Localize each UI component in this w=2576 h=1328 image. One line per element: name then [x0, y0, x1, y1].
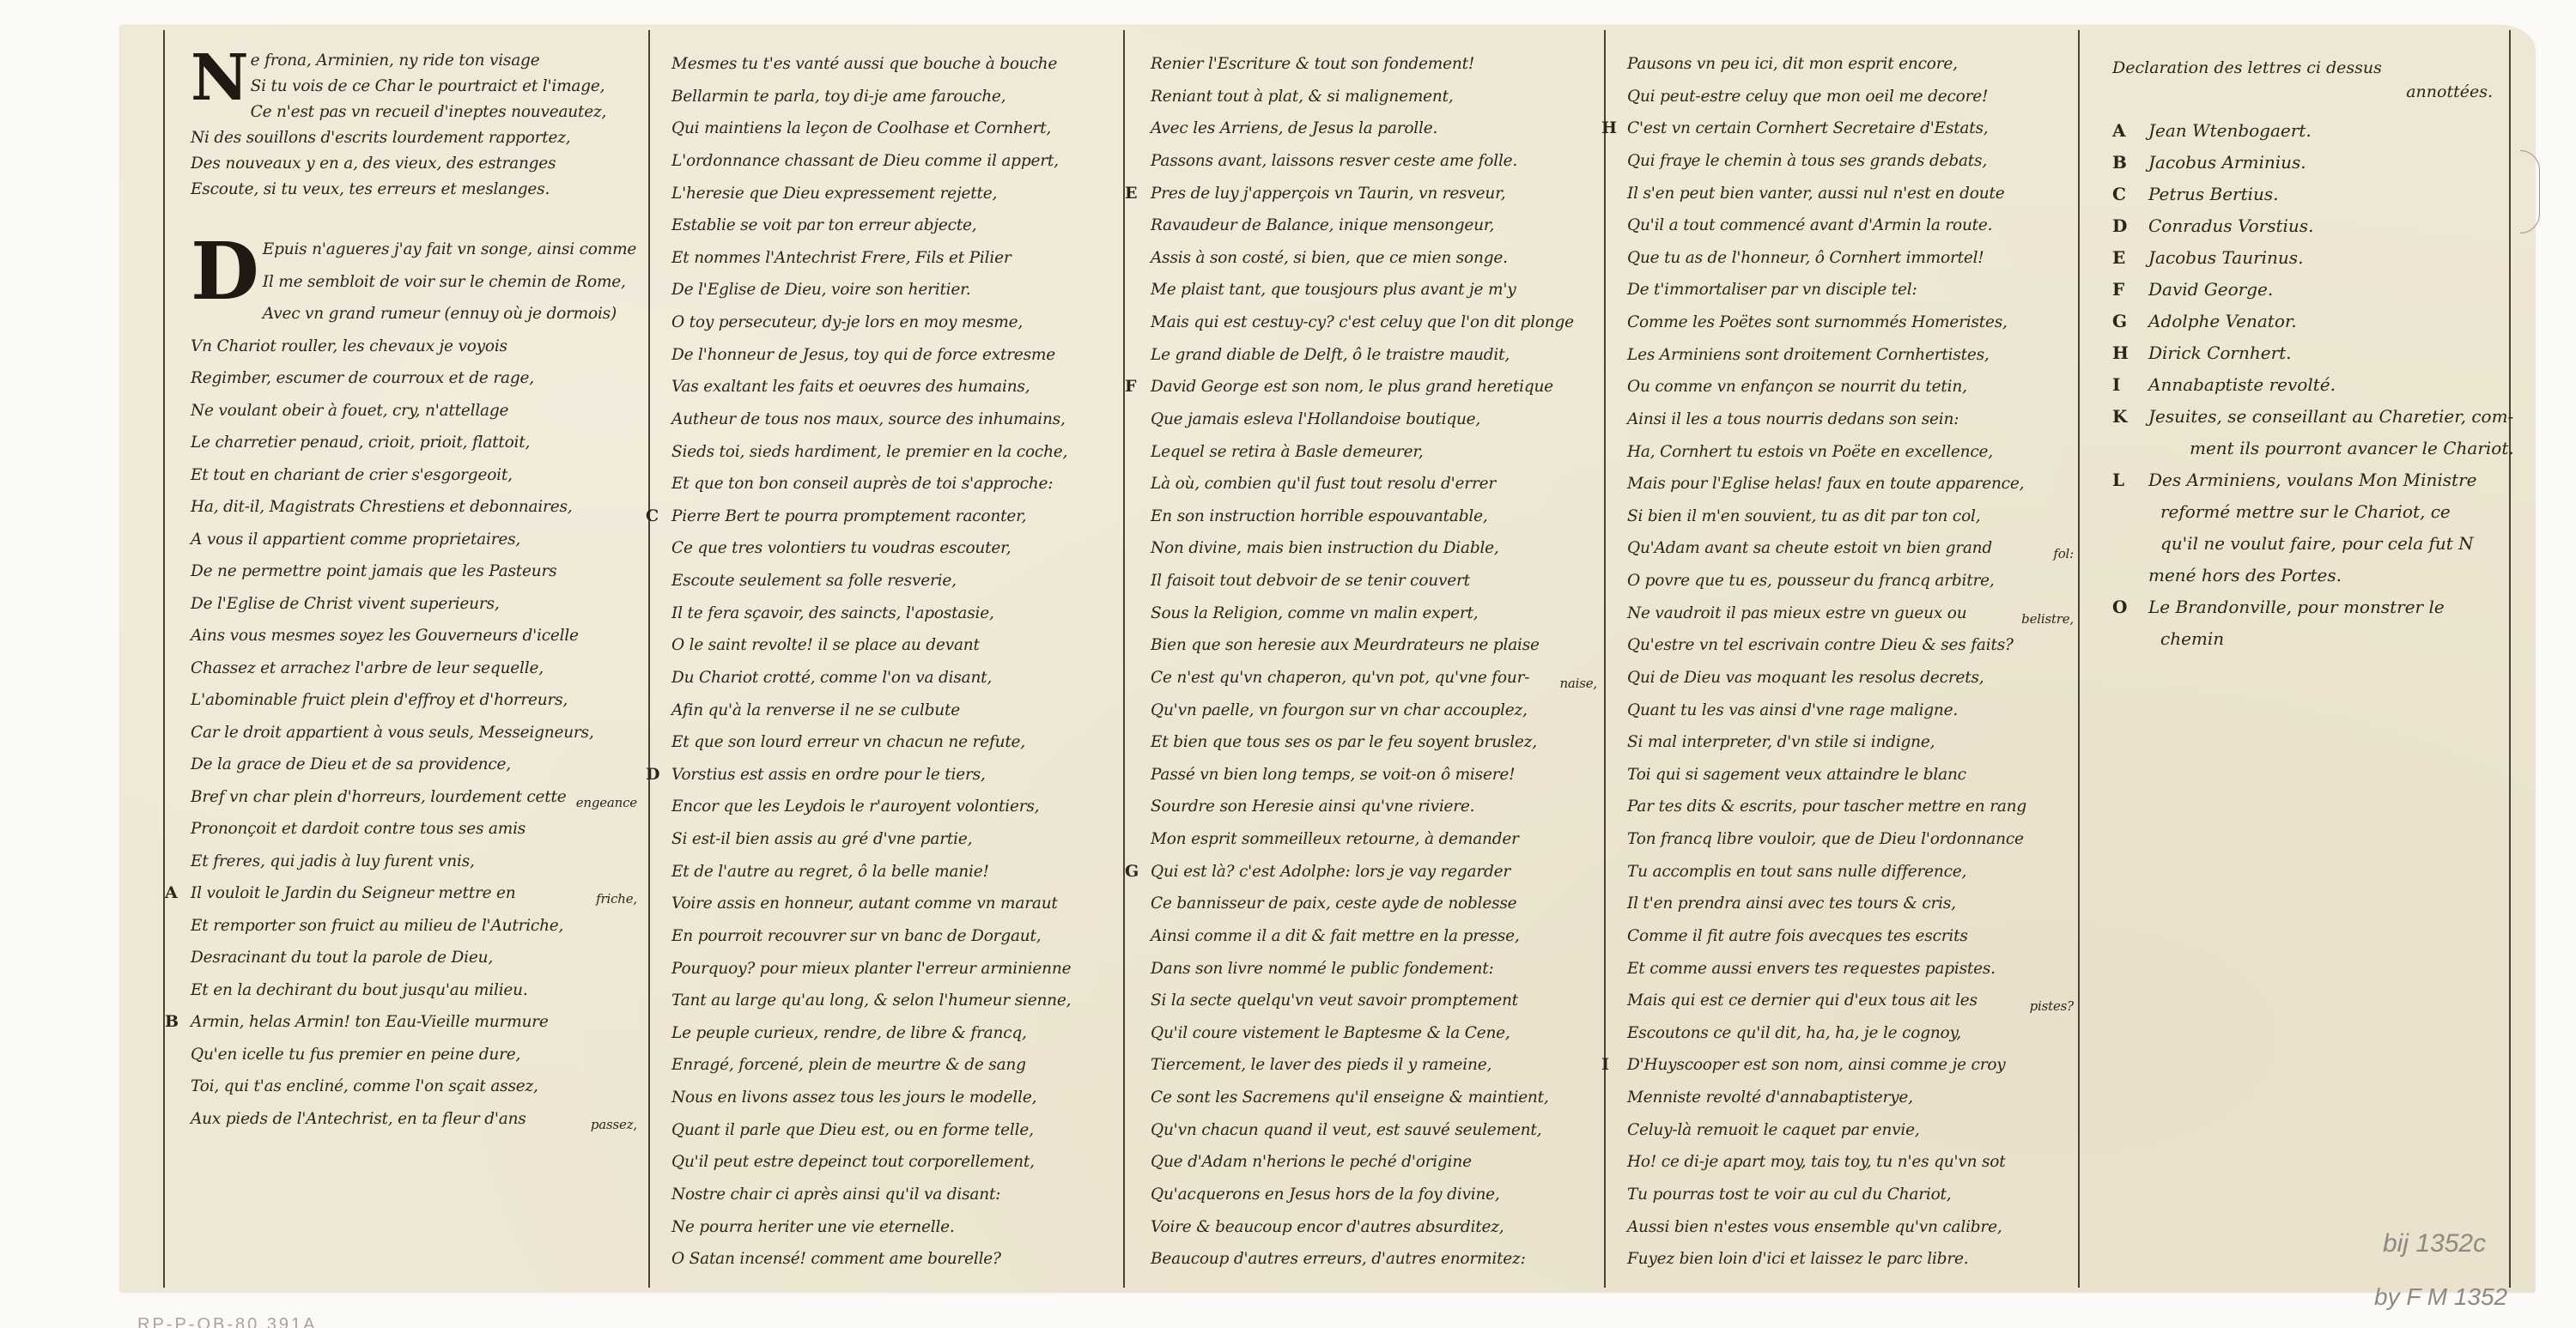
verse-text: Renier l'Escriture & tout son fondement! — [1151, 55, 1474, 73]
legend-entry-continuation: reformé mettre sur le Chariot, ce — [2112, 496, 2503, 528]
verse-line: Les Arminiens sont droitement Cornhertis… — [1627, 339, 2074, 372]
verse-text: Si mal interpreter, d'vn stile si indign… — [1627, 733, 1935, 751]
legend-entry: LDes Arminiens, voulans Mon Ministre — [2112, 464, 2503, 496]
legend-entries: AJean Wtenbogaert.BJacobus Arminius.CPet… — [2112, 115, 2503, 655]
verse-text: Qu'en icelle tu fus premier en peine dur… — [191, 1046, 520, 1064]
verse-line: Pausons vn peu ici, dit mon esprit encor… — [1627, 48, 2074, 81]
verse-line: Establie se voit par ton erreur abjecte, — [671, 209, 1118, 242]
verse-text: Menniste revolté d'annabaptisterye, — [1627, 1088, 1913, 1107]
verse-text: L'heresie que Dieu expressement rejette, — [671, 185, 997, 203]
verse-line: Passé vn bien long temps, se voit-on ô m… — [1151, 759, 1597, 791]
verse-text: Vn Chariot rouller, les chevaux je voyoi… — [191, 337, 507, 355]
legend-entry-name: David George. — [2148, 279, 2273, 300]
verse-text: Quant il parle que Dieu est, ou en forme… — [671, 1121, 1034, 1139]
verse-line: Le grand diable de Delft, ô le traistre … — [1151, 339, 1597, 372]
pencil-note-on-sheet: bij 1352c — [2383, 1229, 2486, 1258]
verse-line: Qu'estre vn tel escrivain contre Dieu & … — [1627, 629, 2074, 662]
verse-line: O povre que tu es, pousseur du francq ar… — [1627, 565, 2074, 597]
verse-text: Pres de luy j'apperçois vn Taurin, vn re… — [1151, 185, 1505, 203]
verse-text: Toi, qui t'as encliné, comme l'on sçait … — [191, 1077, 538, 1095]
verse-line: Il s'en peut bien vanter, aussi nul n'es… — [1627, 178, 2074, 210]
verse-text: Qu'il coure vistement le Baptesme & la C… — [1151, 1024, 1510, 1042]
verse-line: Assis à son costé, si bien, que ce mien … — [1151, 242, 1597, 275]
verse-line: e frona, Arminien, ny ride ton visage — [191, 48, 637, 74]
runover-word: belistre, — [2021, 613, 2074, 626]
verse-text: Qu'Adam avant sa cheute estoit vn bien g… — [1627, 539, 1992, 557]
verse-text: Quant tu les vas ainsi d'vne rage malign… — [1627, 701, 1958, 719]
verse-line: Ne pourra heriter une vie eternelle. — [671, 1211, 1118, 1244]
verse-text: Tu pourras tost te voir au cul du Chario… — [1627, 1185, 1951, 1204]
verse-text: Qu'acquerons en Jesus hors de la foy div… — [1151, 1185, 1500, 1204]
verse-text: Avec vn grand rumeur (ennuy où je dormoi… — [263, 305, 617, 323]
verse-line: Lequel se retira à Basle demeurer, — [1151, 436, 1597, 469]
verse-line: Non divine, mais bien instruction du Dia… — [1151, 532, 1597, 565]
verse-text: e frona, Arminien, ny ride ton visage — [251, 52, 540, 70]
verse-column-2: Mesmes tu t'es vanté aussi que bouche à … — [671, 48, 1118, 1276]
verse-line: Ne vaudroit il pas mieux estre vn gueux … — [1627, 597, 2074, 630]
verse-line: De l'Eglise de Dieu, voire son heritier. — [671, 274, 1118, 306]
verse-text: Chassez et arrachez l'arbre de leur sequ… — [191, 659, 544, 677]
legend-entry-name: Adolphe Venator. — [2148, 311, 2297, 331]
verse-line: Qu'en icelle tu fus premier en peine dur… — [191, 1039, 637, 1071]
verse-line: Et freres, qui jadis à luy furent vnis, — [191, 846, 637, 878]
verse-line: Mais qui est ce dernier qui d'eux tous a… — [1627, 985, 2074, 1017]
verse-line: HC'est vn certain Cornhert Secretaire d'… — [1627, 112, 2074, 145]
verse-text: Et freres, qui jadis à luy furent vnis, — [191, 852, 475, 870]
verse-text: Mais qui est cestuy-cy? c'est celuy que … — [1151, 313, 1574, 331]
verse-line: Vas exaltant les faits et oeuvres des hu… — [671, 371, 1118, 403]
verse-text: Ce que tres volontiers tu voudras escout… — [671, 539, 1011, 557]
verse-text: Pourquoy? pour mieux planter l'erreur ar… — [671, 960, 1071, 978]
verse-text: Prononçoit et dardoit contre tous ses am… — [191, 820, 526, 838]
verse-line: Qui fraye le chemin à tous ses grands de… — [1627, 145, 2074, 178]
verse-line: Ha, dit-il, Magistrats Chrestiens et deb… — [191, 491, 637, 524]
verse-line: Du Chariot crotté, comme l'on va disant, — [671, 662, 1118, 694]
verse-line: Qui peut-estre celuy que mon oeil me dec… — [1627, 81, 2074, 113]
marginal-reference-letter: A — [165, 877, 178, 910]
verse-text: Mais pour l'Eglise helas! faux en toute … — [1627, 475, 2024, 493]
legend-key-letter: K — [2112, 401, 2127, 433]
verse-text: Comme il fit autre fois avecques tes esc… — [1627, 927, 1968, 945]
verse-text: Dans son livre nommé le public fondement… — [1151, 960, 1494, 978]
verse-text: Si bien il m'en souvient, tu as dit par … — [1627, 507, 1980, 525]
verse-line: Nostre chair ci après ainsi qu'il va dis… — [671, 1179, 1118, 1211]
verse-text: Que tu as de l'honneur, ô Cornhert immor… — [1627, 249, 1984, 267]
verse-line: Le peuple curieux, rendre, de libre & fr… — [671, 1017, 1118, 1050]
verse-text: En son instruction horrible espouvantabl… — [1151, 507, 1488, 525]
verse-line: Ce n'est qu'vn chaperon, qu'vn pot, qu'v… — [1151, 662, 1597, 694]
verse-text: Et que ton bon conseil auprès de toi s'a… — [671, 475, 1053, 493]
verse-line: Ce n'est pas vn recueil d'ineptes nouvea… — [191, 100, 637, 125]
verse-text: Qu'estre vn tel escrivain contre Dieu & … — [1627, 636, 2014, 654]
verse-line: Mais qui est cestuy-cy? c'est celuy que … — [1151, 306, 1597, 339]
verse-line: Me plaist tant, que tousjours plus avant… — [1151, 274, 1597, 306]
verse-line: Par tes dits & escrits, pour tascher met… — [1627, 791, 2074, 823]
verse-text: Par tes dits & escrits, pour tascher met… — [1627, 797, 2026, 816]
verse-text: Ou comme vn enfançon se nourrit du tetin… — [1627, 378, 1967, 396]
verse-text: Aussi bien n'estes vous ensemble qu'vn c… — [1627, 1218, 2002, 1236]
verse-line: Bien que son heresie aux Meurdrateurs ne… — [1151, 629, 1597, 662]
verse-text: Ce n'est pas vn recueil d'ineptes nouvea… — [251, 103, 607, 121]
legend-title: Declaration des lettres ci dessus — [2112, 55, 2503, 81]
verse-line: Qui maintiens la leçon de Coolhase et Co… — [671, 112, 1118, 145]
legend-entry: DConradus Vorstius. — [2112, 210, 2503, 242]
verse-text: Establie se voit par ton erreur abjecte, — [671, 216, 976, 234]
legend-entry-continuation: mené hors des Portes. — [2112, 560, 2503, 591]
verse-text: Bref vn char plein d'horreurs, lourdemen… — [191, 788, 567, 806]
verse-text: Tant au large qu'au long, & selon l'hume… — [671, 991, 1071, 1010]
verse-line: Prononçoit et dardoit contre tous ses am… — [191, 813, 637, 846]
verse-text: Et remporter son fruict au milieu de l'A… — [191, 917, 563, 935]
verse-text: Ce bannisseur de paix, ceste ayde de nob… — [1151, 894, 1516, 913]
verse-line: Comme les Poëtes sont surnommés Homerist… — [1627, 306, 2074, 339]
verse-text: Que jamais esleva l'Hollandoise boutique… — [1151, 410, 1480, 428]
verse-text: Bellarmin te parla, toy di-je ame farouc… — [671, 88, 1005, 106]
legend-key-letter: G — [2112, 306, 2127, 337]
runover-word: friche, — [596, 893, 637, 906]
verse-text: Pausons vn peu ici, dit mon esprit encor… — [1627, 55, 1958, 73]
column-rule-1 — [648, 30, 650, 1288]
verse-text: Qu'il a tout commencé avant d'Armin la r… — [1627, 216, 1992, 234]
verse-line: Il t'en prendra ainsi avec tes tours & c… — [1627, 888, 2074, 920]
verse-line: Toi qui si sagement veux attaindre le bl… — [1627, 759, 2074, 791]
verse-text: Voire & beaucoup encor d'autres absurdit… — [1151, 1218, 1504, 1236]
legend-entry: KJesuites, se conseillant au Charetier, … — [2112, 401, 2503, 433]
catalog-number-stamp: RP-P-OB-80.391A — [137, 1315, 318, 1328]
verse-line: Ainsi il les a tous nourris dedans son s… — [1627, 403, 2074, 436]
verse-line: L'ordonnance chassant de Dieu comme il a… — [671, 145, 1118, 178]
verse-line: Aussi bien n'estes vous ensemble qu'vn c… — [1627, 1211, 2074, 1244]
verse-text: Si tu vois de ce Char le pourtraict et l… — [251, 77, 605, 95]
verse-text: Le peuple curieux, rendre, de libre & fr… — [671, 1024, 1027, 1042]
verse-text: David George est son nom, le plus grand … — [1151, 378, 1553, 396]
verse-line: Qu'vn paelle, vn fourgon sur vn char acc… — [1151, 694, 1597, 727]
verse-text: Et de l'autre au regret, ô la belle mani… — [671, 863, 989, 881]
verse-text: Il t'en prendra ainsi avec tes tours & c… — [1627, 894, 1956, 913]
verse-line: Tu pourras tost te voir au cul du Chario… — [1627, 1179, 2074, 1211]
verse-text: O toy persecuteur, dy-je lors en moy mes… — [671, 313, 1023, 331]
verse-line: Tant au large qu'au long, & selon l'hume… — [671, 985, 1118, 1017]
verse-text: Escoutons ce qu'il dit, ha, ha, je le co… — [1627, 1024, 1961, 1042]
verse-line: Toi, qui t'as encliné, comme l'on sçait … — [191, 1070, 637, 1103]
verse-line: BArmin, helas Armin! ton Eau-Vieille mur… — [191, 1006, 637, 1039]
verse-line: Ne voulant obeir à fouet, cry, n'attella… — [191, 395, 637, 428]
verse-line: Celuy-là remuoit le caquet par envie, — [1627, 1114, 2074, 1147]
verse-line: Qui de Dieu vas moquant les resolus decr… — [1627, 662, 2074, 694]
verse-line: Si mal interpreter, d'vn stile si indign… — [1627, 726, 2074, 759]
verse-text: Qui est là? c'est Adolphe: lors je vay r… — [1151, 863, 1510, 881]
verse-text: Nous en livons assez tous les jours le m… — [671, 1088, 1036, 1107]
verse-line: Et de l'autre au regret, ô la belle mani… — [671, 856, 1118, 888]
verse-text: C'est vn certain Cornhert Secretaire d'E… — [1627, 119, 1988, 137]
verse-line: Ha, Cornhert tu estois vn Poëte en excel… — [1627, 436, 2074, 469]
verse-text: O Satan incensé! comment ame bourelle? — [671, 1250, 1001, 1268]
verse-line: Qu'vn chacun quand il veut, est sauvé se… — [1151, 1114, 1597, 1147]
verse-text: Fuyez bien loin d'ici et laissez le parc… — [1627, 1250, 1968, 1268]
runover-word: naise, — [1559, 677, 1597, 690]
verse-text: Enragé, forcené, plein de meurtre & de s… — [671, 1056, 1026, 1074]
verse-line: De l'Eglise de Christ vivent superieurs, — [191, 588, 637, 621]
verse-text: Passé vn bien long temps, se voit-on ô m… — [1151, 766, 1515, 784]
verse-line: Et remporter son fruict au milieu de l'A… — [191, 910, 637, 943]
verse-line: EPres de luy j'apperçois vn Taurin, vn r… — [1151, 178, 1597, 210]
verse-text: Ce sont les Sacremens qu'il enseigne & m… — [1151, 1088, 1549, 1107]
verse-line: Dans son livre nommé le public fondement… — [1151, 953, 1597, 985]
legend-entry: GAdolphe Venator. — [2112, 306, 2503, 337]
verse-line: Bellarmin te parla, toy di-je ame farouc… — [671, 81, 1118, 113]
verse-line: Des nouveaux y en a, des vieux, des estr… — [191, 151, 637, 177]
verse-text: Il vouloit le Jardin du Seigneur mettre … — [191, 884, 516, 902]
verse-line: Avec les Arriens, de Jesus la parolle. — [1151, 112, 1597, 145]
verse-text: Autheur de tous nos maux, source des inh… — [671, 410, 1066, 428]
verse-line: Nous en livons assez tous les jours le m… — [671, 1082, 1118, 1114]
verse-line: Escoute seulement sa folle resverie, — [671, 565, 1118, 597]
column-rule-4 — [2078, 30, 2080, 1288]
runover-word: pistes? — [2030, 1000, 2074, 1013]
verse-text: Il s'en peut bien vanter, aussi nul n'es… — [1627, 185, 2004, 203]
verse-text: Ne pourra heriter une vie eternelle. — [671, 1218, 955, 1236]
verse-line: Qu'Adam avant sa cheute estoit vn bien g… — [1627, 532, 2074, 565]
verse-line: Sourdre son Heresie ainsi qu'vne riviere… — [1151, 791, 1597, 823]
verse-text: Si la secte quelqu'vn veut savoir prompt… — [1151, 991, 1518, 1010]
verse-text: Nostre chair ci après ainsi qu'il va dis… — [671, 1185, 1000, 1204]
verse-line: Le charretier penaud, crioit, prioit, fl… — [191, 427, 637, 459]
legend-key-letter: B — [2112, 147, 2127, 179]
marginal-reference-letter: F — [1125, 371, 1136, 403]
verse-line: Passons avant, laissons resver ceste ame… — [1151, 145, 1597, 178]
verse-text: Ton francq libre vouloir, que de Dieu l'… — [1627, 830, 2024, 848]
verse-column-4: Pausons vn peu ici, dit mon esprit encor… — [1627, 48, 2074, 1276]
verse-line: Quant il parle que Dieu est, ou en forme… — [671, 1114, 1118, 1147]
verse-text: De la grace de Dieu et de sa providence, — [191, 755, 511, 773]
verse-text: Ne vaudroit il pas mieux estre vn gueux … — [1627, 604, 1966, 622]
verse-line: Là où, combien qu'il fust tout resolu d'… — [1151, 468, 1597, 500]
verse-line: L'heresie que Dieu expressement rejette, — [671, 178, 1118, 210]
verse-text: Toi qui si sagement veux attaindre le bl… — [1627, 766, 1966, 784]
verse-text: Ainsi comme il a dit & fait mettre en la… — [1151, 927, 1520, 945]
column-rule-3 — [1604, 30, 1606, 1288]
verse-text: Il faisoit tout debvoir de se tenir couv… — [1151, 572, 1470, 590]
marginal-reference-letter: E — [1125, 178, 1137, 210]
verse-text: Mon esprit sommeilleux retourne, à deman… — [1151, 830, 1519, 848]
legend-entry: OLe Brandonville, pour monstrer le — [2112, 591, 2503, 623]
verse-text: Ains vous mesmes soyez les Gouverneurs d… — [191, 627, 579, 645]
verse-line: Qu'il peut estre depeinct tout corporell… — [671, 1146, 1118, 1179]
verse-line: Que tu as de l'honneur, ô Cornhert immor… — [1627, 242, 2074, 275]
legend-entry-name: Dirick Cornhert. — [2148, 343, 2292, 363]
legend-entry-continuation: chemin — [2112, 623, 2503, 655]
verse-text: Et bien que tous ses os par le feu soyen… — [1151, 733, 1537, 751]
verse-text: Aux pieds de l'Antechrist, en ta fleur d… — [191, 1110, 526, 1128]
verse-text: Du Chariot crotté, comme l'on va disant, — [671, 669, 992, 687]
margin-rule-right — [2509, 30, 2511, 1288]
verse-text: Tiercement, le laver des pieds il y rame… — [1151, 1056, 1492, 1074]
verse-text: De ne permettre point jamais que les Pas… — [191, 562, 556, 580]
verse-line: Ravaudeur de Balance, inique mensongeur, — [1151, 209, 1597, 242]
verse-text: Sieds toi, sieds hardiment, le premier e… — [671, 443, 1067, 461]
legend-column: Declaration des lettres ci dessus annott… — [2112, 55, 2503, 655]
verse-text: Car le droit appartient à vous seuls, Me… — [191, 724, 594, 742]
verse-line: Et que son lourd erreur vn chacun ne ref… — [671, 726, 1118, 759]
verse-line: Ce bannisseur de paix, ceste ayde de nob… — [1151, 888, 1597, 920]
verse-line: En son instruction horrible espouvantabl… — [1151, 500, 1597, 533]
verse-text: Et nommes l'Antechrist Frere, Fils et Pi… — [671, 249, 1011, 267]
verse-text: Me plaist tant, que tousjours plus avant… — [1151, 281, 1516, 299]
legend-entry-name: Jesuites, se conseillant au Charetier, c… — [2148, 406, 2513, 427]
legend-entry: AJean Wtenbogaert. — [2112, 115, 2503, 147]
verse-text: De t'immortaliser par vn disciple tel: — [1627, 281, 1917, 299]
verse-line: Ho! ce di-je apart moy, tais toy, tu n'e… — [1627, 1146, 2074, 1179]
verse-text: L'abominable fruict plein d'effroy et d'… — [191, 691, 568, 709]
verse-text: A vous il appartient comme proprietaires… — [191, 531, 520, 549]
verse-line: Et comme aussi envers tes requestes papi… — [1627, 953, 2074, 985]
verse-line: DVorstius est assis en ordre pour le tie… — [671, 759, 1118, 791]
verse-column-3: Renier l'Escriture & tout son fondement!… — [1151, 48, 1597, 1276]
verse-line: Chassez et arrachez l'arbre de leur sequ… — [191, 652, 637, 685]
verse-line: FDavid George est son nom, le plus grand… — [1151, 371, 1597, 403]
verse-text: De l'Eglise de Dieu, voire son heritier. — [671, 281, 970, 299]
verse-text: Sourdre son Heresie ainsi qu'vne riviere… — [1151, 797, 1474, 816]
verse-line: Regimber, escumer de courroux et de rage… — [191, 362, 637, 395]
verse-text: Ha, dit-il, Magistrats Chrestiens et deb… — [191, 498, 572, 516]
verse-text: Armin, helas Armin! ton Eau-Vieille murm… — [191, 1013, 549, 1031]
verse-text: Tu accomplis en tout sans nulle differen… — [1627, 863, 1966, 881]
legend-key-letter: L — [2112, 464, 2124, 496]
verse-text: Pierre Bert te pourra promptement racont… — [671, 507, 1026, 525]
verse-line: Ton francq libre vouloir, que de Dieu l'… — [1627, 823, 2074, 856]
verse-line: Pourquoy? pour mieux planter l'erreur ar… — [671, 953, 1118, 985]
verse-text: Qu'il peut estre depeinct tout corporell… — [671, 1153, 1035, 1171]
verse-text: Si est-il bien assis au gré d'vne partie… — [671, 830, 972, 848]
verse-text: Lequel se retira à Basle demeurer, — [1151, 443, 1424, 461]
verse-text: De l'honneur de Jesus, toy qui de force … — [671, 346, 1055, 364]
legend-entry-name: Jacobus Taurinus. — [2148, 247, 2303, 268]
verse-line: Ou comme vn enfançon se nourrit du tetin… — [1627, 371, 2074, 403]
verse-text: Il te fera sçavoir, des saincts, l'apost… — [671, 604, 994, 622]
verse-text: Ce n'est qu'vn chaperon, qu'vn pot, qu'v… — [1151, 669, 1529, 687]
verse-text: Epuis n'agueres j'ay fait vn songe, ains… — [263, 240, 636, 258]
margin-rule-left — [163, 30, 165, 1288]
verse-line: Ce que tres volontiers tu voudras escout… — [671, 532, 1118, 565]
verse-line: Voire assis en honneur, autant comme vn … — [671, 888, 1118, 920]
verse-line: Ains vous mesmes soyez les Gouverneurs d… — [191, 620, 637, 652]
verse-text: Sous la Religion, comme vn malin expert, — [1151, 604, 1478, 622]
verse-column-1: Ne frona, Arminien, ny ride ton visageSi… — [191, 48, 637, 1135]
verse-text: Et comme aussi envers tes requestes papi… — [1627, 960, 1996, 978]
verse-text: Ravaudeur de Balance, inique mensongeur, — [1151, 216, 1494, 234]
verse-text: Mesmes tu t'es vanté aussi que bouche à … — [671, 55, 1057, 73]
legend-entry-name: Annabaptiste revolté. — [2148, 374, 2336, 395]
verse-line: Sous la Religion, comme vn malin expert, — [1151, 597, 1597, 630]
legend-entry: HDirick Cornhert. — [2112, 337, 2503, 369]
verse-text: Encor que les Leydois le r'auroyent volo… — [671, 797, 1039, 816]
verse-text: Ha, Cornhert tu estois vn Poëte en excel… — [1627, 443, 1993, 461]
column-rule-2 — [1123, 30, 1125, 1288]
verse-line: Qu'il coure vistement le Baptesme & la C… — [1151, 1017, 1597, 1050]
legend-entry-name: Le Brandonville, pour monstrer le — [2148, 597, 2445, 617]
verse-line: Et en la dechirant du bout jusqu'au mili… — [191, 974, 637, 1007]
verse-text: L'ordonnance chassant de Dieu comme il a… — [671, 152, 1059, 170]
legend-entry-continuation: ment ils pourront avancer le Chariot. — [2112, 433, 2503, 464]
verse-text: Mais qui est ce dernier qui d'eux tous a… — [1627, 991, 1978, 1010]
marginal-reference-letter: D — [646, 759, 659, 791]
verse-text: D'Huyscooper est son nom, ainsi comme je… — [1627, 1056, 2006, 1074]
verse-text: Et tout en chariant de crier s'esgorgeoi… — [191, 466, 513, 484]
verse-line: Fuyez bien loin d'ici et laissez le parc… — [1627, 1243, 2074, 1276]
verse-line: Autheur de tous nos maux, source des inh… — [671, 403, 1118, 436]
verse-text: Qui peut-estre celuy que mon oeil me dec… — [1627, 88, 1988, 106]
verse-text: Escoute seulement sa folle resverie, — [671, 572, 957, 590]
verse-line: Il faisoit tout debvoir de se tenir couv… — [1151, 565, 1597, 597]
verse-text: Comme les Poëtes sont surnommés Homerist… — [1627, 313, 2008, 331]
verse-line: Et nommes l'Antechrist Frere, Fils et Pi… — [671, 242, 1118, 275]
verse-line: Tiercement, le laver des pieds il y rame… — [1151, 1049, 1597, 1082]
verse-text: Ni des souillons d'escrits lourdement ra… — [191, 129, 570, 147]
verse-line: Mesmes tu t'es vanté aussi que bouche à … — [671, 48, 1118, 81]
verse-line: Si bien il m'en souvient, tu as dit par … — [1627, 500, 2074, 533]
verse-line: Desracinant du tout la parole de Dieu, — [191, 942, 637, 974]
verse-text: Et que son lourd erreur vn chacun ne ref… — [671, 733, 1025, 751]
verse-line: Voire & beaucoup encor d'autres absurdit… — [1151, 1211, 1597, 1244]
verse-line: Si tu vois de ce Char le pourtraict et l… — [191, 74, 637, 100]
marginal-reference-letter: G — [1125, 856, 1139, 888]
verse-line: Vn Chariot rouller, les chevaux je voyoi… — [191, 330, 637, 363]
verse-line: Tu accomplis en tout sans nulle differen… — [1627, 856, 2074, 888]
legend-entry: IAnnabaptiste revolté. — [2112, 369, 2503, 401]
legend-key-letter: D — [2112, 210, 2127, 242]
verse-line: Et tout en chariant de crier s'esgorgeoi… — [191, 459, 637, 492]
legend-entry-name: Des Arminiens, voulans Mon Ministre — [2148, 470, 2476, 490]
legend-key-letter: A — [2112, 115, 2126, 147]
verse-line: Menniste revolté d'annabaptisterye, — [1627, 1082, 2074, 1114]
verse-line: Renier l'Escriture & tout son fondement! — [1151, 48, 1597, 81]
verse-text: Passons avant, laissons resver ceste ame… — [1151, 152, 1517, 170]
verse-text: Escoute, si tu veux, tes erreurs et mesl… — [191, 180, 550, 198]
verse-text: En pourroit recouvrer sur vn banc de Dor… — [671, 927, 1041, 945]
verse-text: Ne voulant obeir à fouet, cry, n'attella… — [191, 402, 508, 420]
verse-line: ID'Huyscooper est son nom, ainsi comme j… — [1627, 1049, 2074, 1082]
verse-text: Desracinant du tout la parole de Dieu, — [191, 949, 493, 967]
verse-text: O povre que tu es, pousseur du francq ar… — [1627, 572, 1995, 590]
verse-line: Sieds toi, sieds hardiment, le premier e… — [671, 436, 1118, 469]
verse-line: Que d'Adam n'herions le peché d'origine — [1151, 1146, 1597, 1179]
verse-text: Et en la dechirant du bout jusqu'au mili… — [191, 981, 528, 999]
verse-text: Le charretier penaud, crioit, prioit, fl… — [191, 434, 530, 452]
verse-line: Il te fera sçavoir, des saincts, l'apost… — [671, 597, 1118, 630]
verse-line: De t'immortaliser par vn disciple tel: — [1627, 274, 2074, 306]
verse-line: Si la secte quelqu'vn veut savoir prompt… — [1151, 985, 1597, 1017]
legend-key-letter: F — [2112, 274, 2124, 306]
verse-text: Regimber, escumer de courroux et de rage… — [191, 369, 534, 387]
verse-line: Que jamais esleva l'Hollandoise boutique… — [1151, 403, 1597, 436]
verse-text: O le saint revolte! il se place au devan… — [671, 636, 980, 654]
marginal-reference-letter: B — [165, 1006, 179, 1039]
verse-text: Avec les Arriens, de Jesus la parolle. — [1151, 119, 1437, 137]
legend-entry-name: Jean Wtenbogaert. — [2148, 120, 2312, 141]
verse-text: Qui de Dieu vas moquant les resolus decr… — [1627, 669, 1984, 687]
legend-entry: FDavid George. — [2112, 274, 2503, 306]
verse-line: Reniant tout à plat, & si malignement, — [1151, 81, 1597, 113]
verse-line: O le saint revolte! il se place au devan… — [671, 629, 1118, 662]
verse-line: Beaucoup d'autres erreurs, d'autres enor… — [1151, 1243, 1597, 1276]
verse-line: Ni des souillons d'escrits lourdement ra… — [191, 125, 637, 151]
runover-word: passez, — [591, 1119, 637, 1131]
verse-line: Et bien que tous ses os par le feu soyen… — [1151, 726, 1597, 759]
stanza: Ne frona, Arminien, ny ride ton visageSi… — [191, 48, 637, 203]
verse-text: Celuy-là remuoit le caquet par envie, — [1627, 1121, 1920, 1139]
verse-text: Là où, combien qu'il fust tout resolu d'… — [1151, 475, 1496, 493]
verse-line: Enragé, forcené, plein de meurtre & de s… — [671, 1049, 1118, 1082]
